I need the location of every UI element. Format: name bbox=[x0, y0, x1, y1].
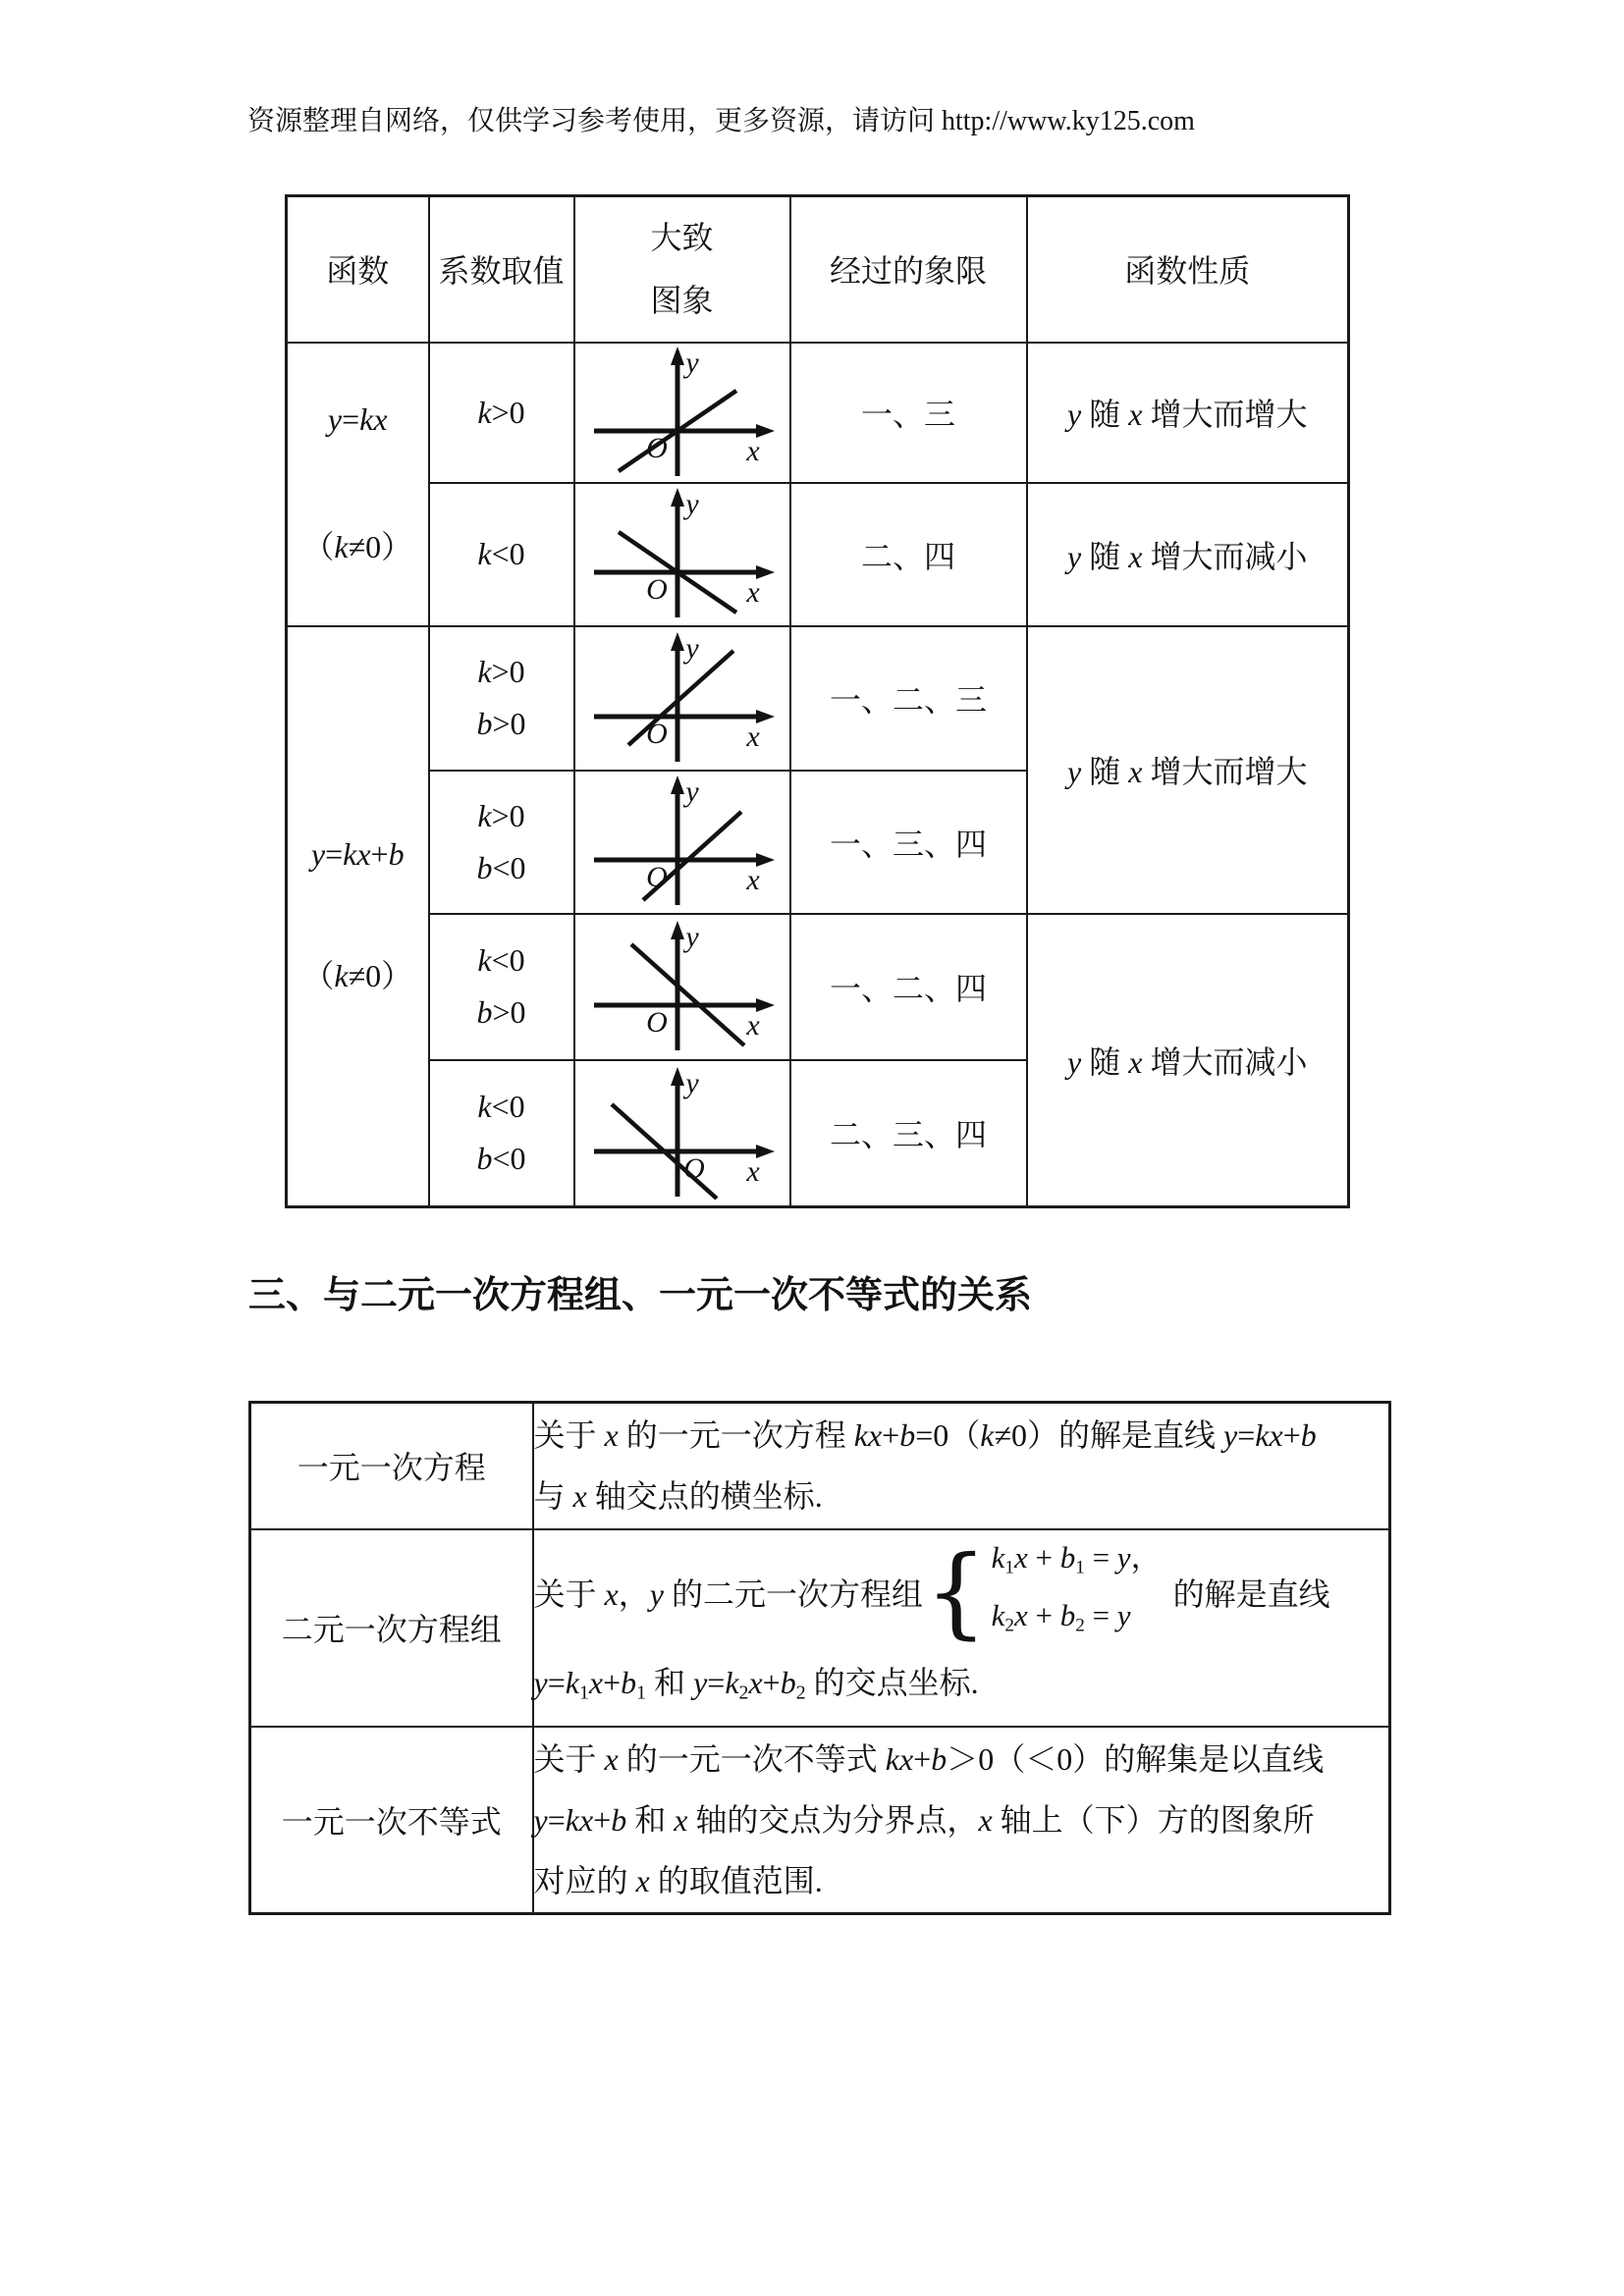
table-row: 二元一次方程组 关于 x，y 的二元一次方程组 { k1x + b1 = y， … bbox=[250, 1529, 1390, 1727]
graph-k-negative-b-negative: y x O bbox=[584, 1067, 781, 1200]
coefficient-cell: k<0 b>0 bbox=[429, 914, 574, 1060]
coefficient-line: b>0 bbox=[476, 706, 525, 742]
table-row: 一元一次不等式 关于 x 的一元一次不等式 kx+b＞0（＜0）的解集是以直线 … bbox=[250, 1727, 1390, 1914]
origin-label: O bbox=[646, 432, 668, 464]
relation-content: 关于 x 的一元一次不等式 kx+b＞0（＜0）的解集是以直线 y=kx+b 和… bbox=[533, 1727, 1390, 1914]
origin-label: O bbox=[646, 718, 668, 750]
relation-text-segment: 的解是直线 bbox=[1173, 1570, 1330, 1615]
function-formula: y=kx+b bbox=[311, 836, 405, 873]
quadrants-cell: 一、二、四 bbox=[790, 914, 1027, 1060]
quadrants-cell: 二、三、四 bbox=[790, 1060, 1027, 1207]
x-axis-label: x bbox=[745, 435, 760, 467]
document-page: 资源整理自网络，仅供学习参考使用，更多资源，请访问 http://www.ky1… bbox=[0, 0, 1624, 2296]
graph-cell: y x O bbox=[574, 626, 790, 771]
property-cell: y 随 x 增大而减小 bbox=[1027, 483, 1349, 626]
relation-content: 关于 x 的一元一次方程 kx+b=0（k≠0）的解是直线 y=kx+b 与 x… bbox=[533, 1403, 1390, 1529]
function-condition: （k≠0） bbox=[302, 951, 412, 996]
x-axis-label: x bbox=[745, 576, 760, 609]
coefficient-line: b<0 bbox=[476, 1141, 525, 1177]
y-axis-arrow-icon bbox=[671, 1067, 684, 1086]
coefficient-line: k<0 bbox=[477, 1089, 524, 1125]
graph-cell: y x O bbox=[574, 914, 790, 1060]
y-axis-label: y bbox=[682, 632, 699, 665]
y-axis-arrow-icon bbox=[671, 488, 684, 507]
origin-label: O bbox=[646, 1006, 668, 1039]
coefficient-line: k>0 bbox=[477, 798, 524, 834]
relation-text-line: y=k1x+b1 和 y=k2x+b2 的交点坐标. bbox=[534, 1661, 1389, 1715]
relation-label-linear-equation: 一元一次方程 bbox=[250, 1403, 533, 1529]
graph-k-negative-b-positive: y x O bbox=[584, 921, 781, 1053]
y-axis-label: y bbox=[682, 488, 699, 520]
y-axis-arrow-icon bbox=[671, 921, 684, 939]
graph-cell: y x O bbox=[574, 483, 790, 626]
y-axis-arrow-icon bbox=[671, 347, 684, 365]
equation-line: k2x + b2 = y bbox=[992, 1598, 1162, 1643]
header-cell-graph: 大致 图象 bbox=[574, 196, 790, 343]
coefficient-line: k>0 bbox=[477, 395, 524, 431]
relation-text-line: 与 x 轴交点的横坐标. bbox=[534, 1474, 1389, 1518]
y-axis-label: y bbox=[682, 921, 699, 953]
table-row: y=kx+b （k≠0） k>0 b>0 bbox=[287, 626, 1349, 771]
equation-system: k1x + b1 = y， k2x + b2 = y bbox=[992, 1540, 1162, 1643]
y-axis-label: y bbox=[682, 775, 699, 808]
quadrants-cell: 一、二、三 bbox=[790, 626, 1027, 771]
table-header-row: 函数 系数取值 大致 图象 经过的象限 函数性质 bbox=[287, 196, 1349, 343]
coefficient-line: b<0 bbox=[476, 850, 525, 886]
relation-label-system-of-equations: 二元一次方程组 bbox=[250, 1529, 533, 1727]
x-axis-label: x bbox=[745, 1155, 760, 1188]
function-cell-ykxb: y=kx+b （k≠0） bbox=[287, 626, 429, 1207]
relation-text-line: 关于 x 的一元一次不等式 kx+b＞0（＜0）的解集是以直线 bbox=[534, 1737, 1389, 1781]
header-note: 资源整理自网络，仅供学习参考使用，更多资源，请访问 http://www.ky1… bbox=[247, 102, 1195, 141]
graph-k-positive: y x O bbox=[584, 347, 781, 479]
equation-line: k1x + b1 = y， bbox=[992, 1540, 1162, 1585]
property-cell: y 随 x 增大而增大 bbox=[1027, 343, 1349, 483]
x-axis-label: x bbox=[745, 721, 760, 753]
table-row: y=kx （k≠0） k>0 y bbox=[287, 343, 1349, 483]
coefficient-line: k<0 bbox=[477, 536, 524, 572]
y-axis-label: y bbox=[682, 347, 699, 379]
relation-system-line: 关于 x，y 的二元一次方程组 { k1x + b1 = y， k2x + b2… bbox=[534, 1540, 1389, 1643]
system-brace: { bbox=[925, 1543, 988, 1641]
graph-k-negative: y x O bbox=[584, 488, 781, 620]
quadrants-cell: 一、三 bbox=[790, 343, 1027, 483]
header-cell-quadrants: 经过的象限 bbox=[790, 196, 1027, 343]
x-axis-label: x bbox=[745, 864, 760, 896]
relation-text-line: 关于 x 的一元一次方程 kx+b=0（k≠0）的解是直线 y=kx+b bbox=[534, 1414, 1389, 1457]
relation-text-line: 对应的 x 的取值范围. bbox=[534, 1859, 1389, 1902]
coefficient-line: k>0 bbox=[477, 654, 524, 690]
header-cell-function: 函数 bbox=[287, 196, 429, 343]
coefficient-line: k<0 bbox=[477, 942, 524, 979]
section-heading: 三、与二元一次方程组、一元一次不等式的关系 bbox=[248, 1272, 1032, 1319]
graph-cell: y x O bbox=[574, 343, 790, 483]
origin-label: O bbox=[646, 573, 668, 606]
coefficient-line: b>0 bbox=[476, 994, 525, 1031]
coefficient-cell: k<0 b<0 bbox=[429, 1060, 574, 1207]
relation-text-line: y=kx+b 和 x 轴的交点为分界点，x 轴上（下）方的图象所 bbox=[534, 1798, 1389, 1842]
function-formula: y=kx bbox=[328, 401, 388, 438]
function-condition: （k≠0） bbox=[302, 522, 412, 567]
quadrants-cell: 二、四 bbox=[790, 483, 1027, 626]
coefficient-cell: k>0 b>0 bbox=[429, 626, 574, 771]
linear-function-properties-table: 函数 系数取值 大致 图象 经过的象限 函数性质 y=kx （k≠0） k>0 bbox=[285, 194, 1350, 1208]
relation-content: 关于 x，y 的二元一次方程组 { k1x + b1 = y， k2x + b2… bbox=[533, 1529, 1390, 1727]
coefficient-cell: k>0 b<0 bbox=[429, 771, 574, 914]
coefficient-cell: k>0 bbox=[429, 343, 574, 483]
coefficient-cell: k<0 bbox=[429, 483, 574, 626]
relation-label-linear-inequality: 一元一次不等式 bbox=[250, 1727, 533, 1914]
graph-cell: y x O bbox=[574, 771, 790, 914]
function-line bbox=[628, 651, 733, 745]
quadrants-cell: 一、三、四 bbox=[790, 771, 1027, 914]
header-cell-coefficients: 系数取值 bbox=[429, 196, 574, 343]
graph-k-positive-b-negative: y x O bbox=[584, 775, 781, 908]
property-cell: y 随 x 增大而增大 bbox=[1027, 626, 1349, 914]
relation-text-segment: 关于 x，y 的二元一次方程组 bbox=[534, 1570, 923, 1615]
graph-cell: y x O bbox=[574, 1060, 790, 1207]
graph-k-positive-b-positive: y x O bbox=[584, 632, 781, 765]
origin-label: O bbox=[683, 1152, 705, 1185]
table-row: 一元一次方程 关于 x 的一元一次方程 kx+b=0（k≠0）的解是直线 y=k… bbox=[250, 1403, 1390, 1529]
function-cell-ykx: y=kx （k≠0） bbox=[287, 343, 429, 626]
y-axis-label: y bbox=[682, 1067, 699, 1099]
y-axis-arrow-icon bbox=[671, 632, 684, 651]
equation-relations-table: 一元一次方程 关于 x 的一元一次方程 kx+b=0（k≠0）的解是直线 y=k… bbox=[248, 1401, 1391, 1915]
table-row: k<0 b>0 y x O 一、二、四 bbox=[287, 914, 1349, 1060]
x-axis-label: x bbox=[745, 1009, 760, 1041]
header-cell-properties: 函数性质 bbox=[1027, 196, 1349, 343]
y-axis-arrow-icon bbox=[671, 775, 684, 794]
property-cell: y 随 x 增大而减小 bbox=[1027, 914, 1349, 1207]
origin-label: O bbox=[646, 861, 668, 893]
table-row: k<0 y x O 二、四 y 随 x 增大而 bbox=[287, 483, 1349, 626]
